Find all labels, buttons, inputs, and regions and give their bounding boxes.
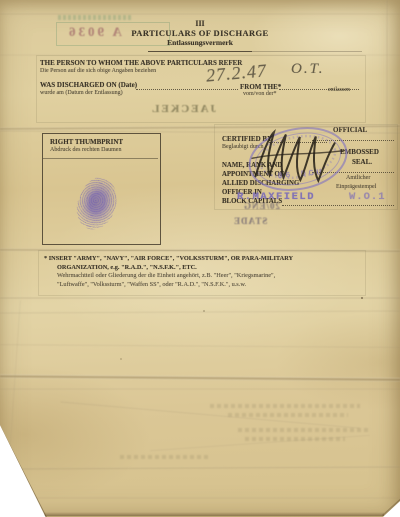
crease-line bbox=[0, 13, 400, 15]
form-title: PARTICULARS OF DISCHARGE bbox=[0, 28, 400, 38]
bleedthrough-unit: 20/ENG bbox=[243, 201, 280, 211]
discharged-on-label-en: WAS DISCHARGED ON (Date) bbox=[40, 81, 137, 89]
form-subtitle-german: Entlassungsvermerk bbox=[0, 38, 400, 47]
entlassen-label: entlassen bbox=[328, 87, 350, 93]
crease-line bbox=[0, 466, 400, 470]
header-underline-extension bbox=[252, 51, 362, 52]
thumbprint-box-rule bbox=[43, 158, 158, 159]
from-the-label-de: vom/von der* bbox=[243, 91, 277, 97]
thumbprint-label-de: Abdruck des rechten Daumen bbox=[50, 147, 121, 153]
paper-sheet: A 9036 III PARTICULARS OF DISCHARGE Entl… bbox=[0, 0, 400, 517]
person-refer-line-de: Die Person auf die sich obige Angaben be… bbox=[40, 68, 156, 74]
crease-line bbox=[0, 388, 400, 390]
crease-line bbox=[0, 374, 400, 381]
from-the-label-en: FROM THE* bbox=[240, 83, 281, 91]
crease-line bbox=[0, 344, 400, 349]
thumbprint-label-en: RIGHT THUMBPRINT bbox=[50, 138, 123, 146]
crease-line bbox=[0, 297, 400, 299]
footnote-line-3: Wehrmachtteil oder Gliederung der die Ei… bbox=[57, 272, 275, 279]
officer-rank-stamp: W.O.1 bbox=[349, 191, 386, 203]
handwritten-unit: O.T. bbox=[291, 61, 325, 78]
paper-speck bbox=[120, 358, 122, 360]
bleedthrough-text-block bbox=[120, 455, 210, 459]
crease-line bbox=[0, 54, 400, 56]
discharged-on-label-de: wurde am (Datum der Entlassung) bbox=[40, 90, 123, 96]
bleedthrough-surname: JAECKEL bbox=[150, 103, 216, 115]
crease-line-vertical bbox=[5, 300, 22, 510]
paper-speck bbox=[203, 310, 205, 312]
crease-line-vertical bbox=[386, 0, 388, 210]
paper-edge-shadow bbox=[44, 512, 384, 516]
footnote-line-4: "Luftwaffe", "Volkssturm", "Waffen SS", … bbox=[57, 281, 246, 288]
paper-edge-shadow bbox=[0, 423, 48, 517]
crease-line bbox=[0, 497, 400, 499]
section-numeral: III bbox=[0, 19, 400, 28]
bleedthrough-text-block bbox=[238, 428, 368, 432]
paper-edge-shadow bbox=[382, 498, 400, 517]
footnote-line-2: ORGANIZATION, e.g. "R.A.D.", "N.S.F.K.",… bbox=[57, 264, 197, 271]
footnote-line-1: * INSERT "ARMY", "NAVY", "AIR FORCE", "V… bbox=[44, 255, 293, 262]
scanned-discharge-document: A 9036 III PARTICULARS OF DISCHARGE Entl… bbox=[0, 0, 400, 517]
bleedthrough-text-block bbox=[210, 404, 360, 408]
paper-speck bbox=[361, 297, 363, 299]
bleedthrough-place: STADE bbox=[233, 216, 267, 226]
header-underline bbox=[148, 51, 252, 52]
signature-ink bbox=[247, 122, 354, 200]
crease-line bbox=[0, 310, 400, 314]
